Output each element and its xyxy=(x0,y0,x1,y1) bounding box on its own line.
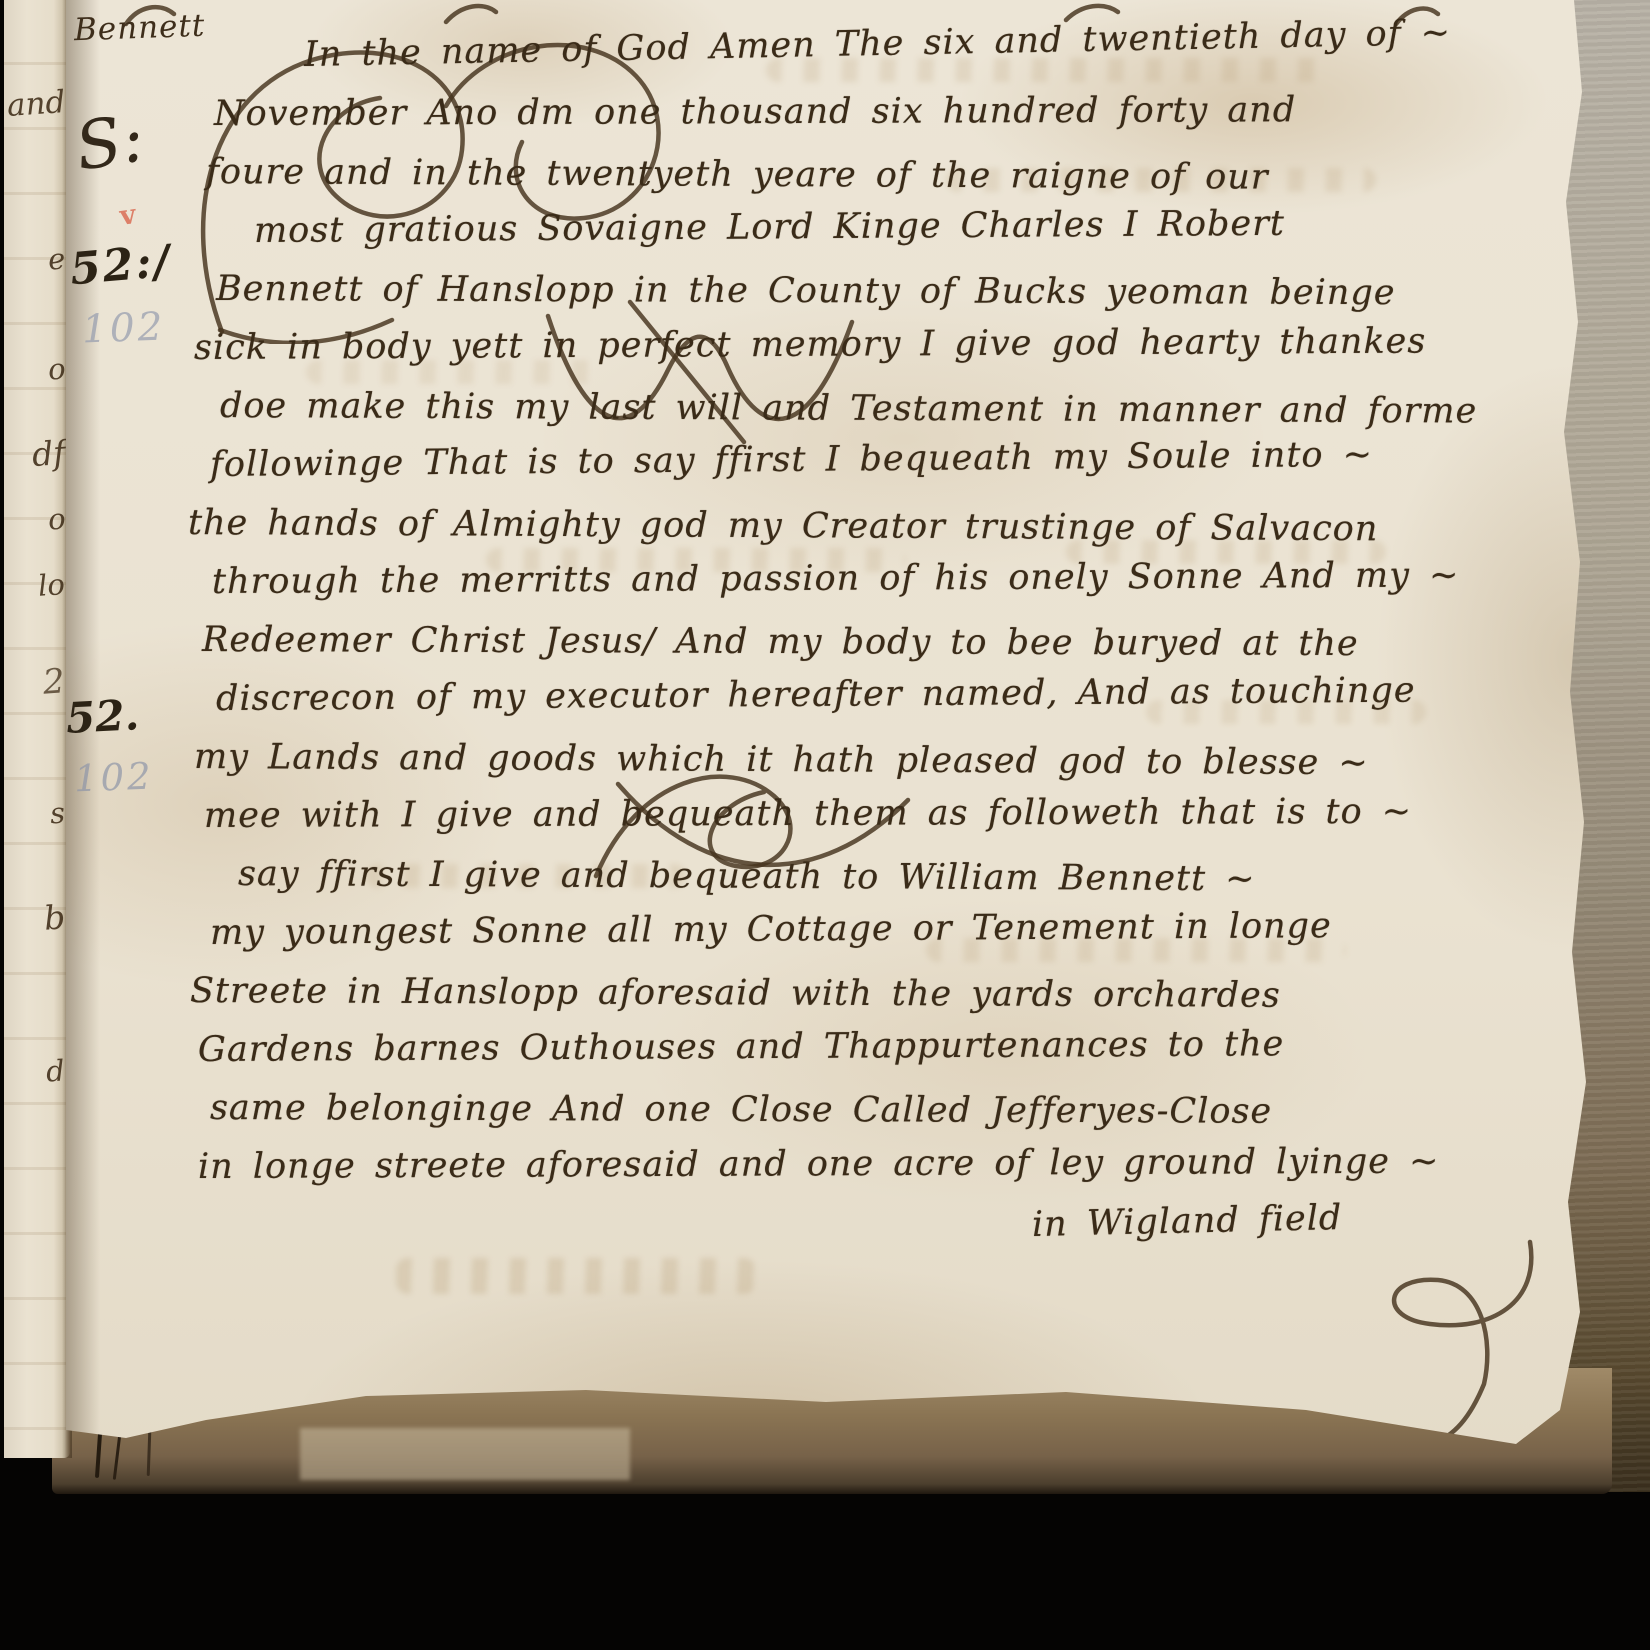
page-fragment-text: df xyxy=(30,433,66,474)
manuscript-line: most gratious Sovaigne Lord Kinge Charle… xyxy=(254,192,1572,260)
manuscript-line: sick in body yett in perfect memory I gi… xyxy=(194,311,1572,377)
ink-show-through xyxy=(396,1258,756,1294)
manuscript-page: Bennett S: v 52:/ 102 52. 102 In the nam… xyxy=(66,0,1588,1462)
page-fragment-text: s xyxy=(49,796,66,831)
manuscript-line: in longe streete aforesaid and one acre … xyxy=(198,1132,1572,1196)
manuscript-photo: and e o df o lo 2 s b d xyxy=(0,0,1650,1650)
page-fragment-text: b xyxy=(43,897,67,937)
manuscript-line: my youngest Sonne all my Cottage or Tene… xyxy=(210,895,1572,962)
page-fragment-text: o xyxy=(46,351,66,386)
page-fragment-text: and xyxy=(6,84,67,124)
manuscript-line: Gardens barnes Outhouses and Thappurtena… xyxy=(198,1013,1572,1079)
manuscript-line: through the merritts and passion of his … xyxy=(212,545,1572,611)
page-fragment-text: e xyxy=(47,241,67,276)
manuscript-line: In the name of God Amen The six and twen… xyxy=(303,2,1572,85)
previous-page-strip: and e o df o lo 2 s b d xyxy=(4,0,70,1458)
page-fragment-text: lo xyxy=(37,567,66,603)
ending-descender-flourish xyxy=(1334,1232,1554,1452)
manuscript-text-block: In the name of God Amen The six and twen… xyxy=(152,26,1572,1255)
folio-number-lower: 52. xyxy=(65,690,141,743)
page-fragment-text: d xyxy=(45,1053,66,1088)
manuscript-line: mee with I give and bequeath them as fol… xyxy=(204,782,1572,845)
manuscript-line: in Wigland field xyxy=(1031,1184,1572,1255)
fore-edge-highlight xyxy=(300,1428,630,1480)
manuscript-line: discrecon of my executor hereafter named… xyxy=(216,660,1572,728)
page-fragment-text: 2 xyxy=(42,661,66,702)
manuscript-line: November Ano dm one thousand six hundred… xyxy=(214,80,1572,143)
scribal-paraph: S: xyxy=(70,99,149,186)
pencil-page-number-lower: 102 xyxy=(73,755,154,801)
red-check-mark: v xyxy=(118,199,138,232)
manuscript-line: followinge That is to say ffirst I beque… xyxy=(210,424,1572,494)
page-fragment-text: o xyxy=(46,501,66,536)
